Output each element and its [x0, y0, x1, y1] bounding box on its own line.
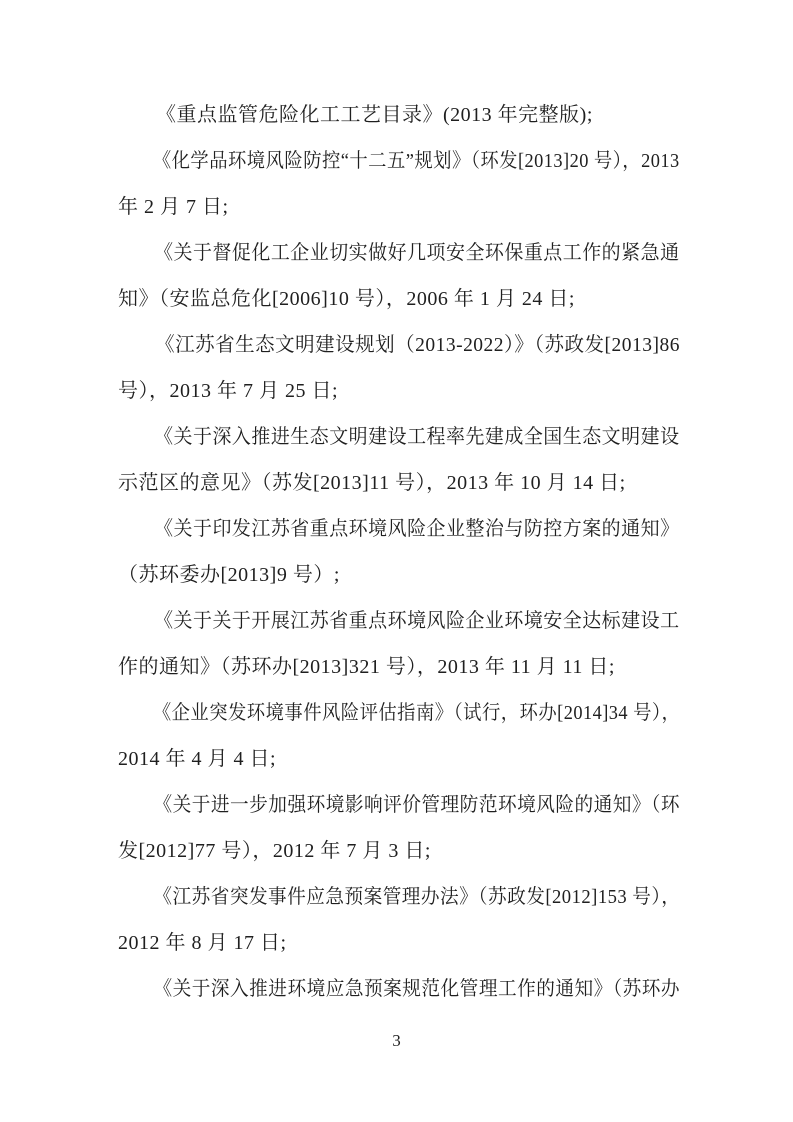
document-page: 《重点监管危险化工工艺目录》(2013 年完整版);《化学品环境风险防控“十二五… [0, 0, 793, 1122]
text-line: 2014 年 4 月 4 日; [118, 736, 680, 782]
text-line: 《关于深入推进环境应急预案规范化管理工作的通知》（苏环办 [118, 966, 643, 1012]
paragraph: 《关于深入推进生态文明建设工程率先建成全国生态文明建设示范区的意见》（苏发[20… [118, 414, 680, 506]
text-line: 发[2012]77 号），2012 年 7 月 3 日; [118, 828, 680, 874]
paragraph: 《关于督促化工企业切实做好几项安全环保重点工作的紧急通知》（安监总危化[2006… [118, 230, 680, 322]
text-line: 年 2 月 7 日; [118, 184, 680, 230]
text-line: 《关于印发江苏省重点环境风险企业整治与防控方案的通知》 [118, 506, 652, 552]
text-line: 号），2013 年 7 月 25 日; [118, 368, 680, 414]
text-line: 《关于关于开展江苏省重点环境风险企业环境安全达标建设工 [118, 598, 652, 644]
text-line: 《关于督促化工企业切实做好几项安全环保重点工作的紧急通 [118, 230, 652, 276]
text-line: 《江苏省突发事件应急预案管理办法》（苏政发[2012]153 号）， [118, 874, 642, 920]
paragraph: 《关于深入推进环境应急预案规范化管理工作的通知》（苏环办 [118, 966, 680, 1012]
paragraph: 《企业突发环境事件风险评估指南》（试行，环办[2014]34 号），2014 年… [118, 690, 680, 782]
text-line: 知》（安监总危化[2006]10 号），2006 年 1 月 24 日; [118, 276, 680, 322]
paragraph: 《江苏省生态文明建设规划（2013-2022）》（苏政发[2013]86号），2… [118, 322, 680, 414]
paragraph: 《化学品环境风险防控“十二五”规划》（环发[2013]20 号），2013年 2… [118, 138, 680, 230]
page-number: 3 [0, 1030, 793, 1052]
paragraph: 《江苏省突发事件应急预案管理办法》（苏政发[2012]153 号），2012 年… [118, 874, 680, 966]
text-line: 2012 年 8 月 17 日; [118, 920, 680, 966]
text-line: 示范区的意见》（苏发[2013]11 号），2013 年 10 月 14 日; [118, 460, 680, 506]
text-line: 作的通知》（苏环办[2013]321 号），2013 年 11 月 11 日; [118, 644, 680, 690]
paragraph: 《关于进一步加强环境影响评价管理防范环境风险的通知》（环发[2012]77 号）… [118, 782, 680, 874]
document-body: 《重点监管危险化工工艺目录》(2013 年完整版);《化学品环境风险防控“十二五… [118, 92, 680, 1012]
text-line: 《重点监管危险化工工艺目录》(2013 年完整版); [118, 92, 680, 138]
text-line: 《关于进一步加强环境影响评价管理防范环境风险的通知》（环 [118, 782, 643, 828]
paragraph: 《关于关于开展江苏省重点环境风险企业环境安全达标建设工作的通知》（苏环办[201… [118, 598, 680, 690]
text-line: （苏环委办[2013]9 号）; [118, 552, 680, 598]
paragraph: 《关于印发江苏省重点环境风险企业整治与防控方案的通知》（苏环委办[2013]9 … [118, 506, 680, 598]
text-line: 《关于深入推进生态文明建设工程率先建成全国生态文明建设 [118, 414, 652, 460]
text-line: 《企业突发环境事件风险评估指南》（试行，环办[2014]34 号）， [118, 690, 633, 736]
text-line: 《江苏省生态文明建设规划（2013-2022）》（苏政发[2013]86 [118, 322, 666, 368]
text-line: 《化学品环境风险防控“十二五”规划》（环发[2013]20 号），2013 [118, 138, 633, 184]
paragraph: 《重点监管危险化工工艺目录》(2013 年完整版); [118, 92, 680, 138]
